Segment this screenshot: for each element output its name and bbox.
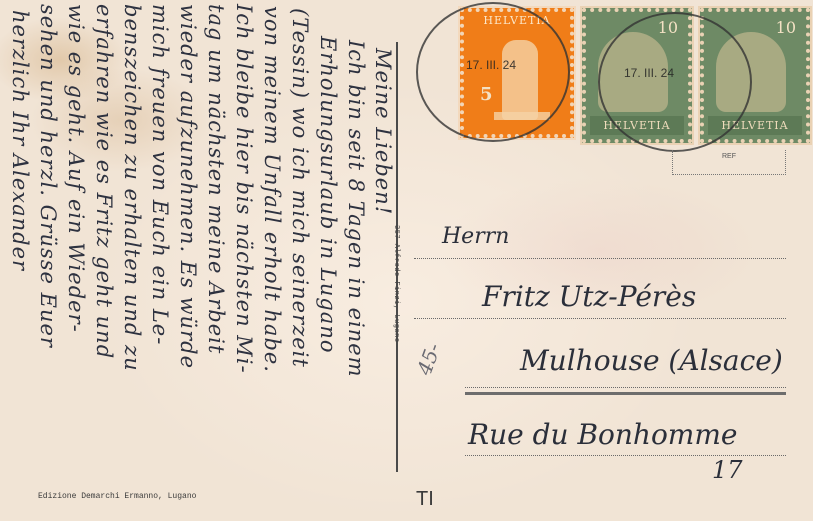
address-line-1 [414, 258, 786, 259]
postmark-date: 17. III. 24 [466, 58, 516, 72]
address-line-2 [414, 318, 786, 319]
address-city: Mulhouse (Alsace) [520, 344, 783, 377]
message-line: Meine Lieben! [371, 48, 395, 215]
ref-box: REF [672, 150, 786, 175]
stamp-value: 10 [776, 18, 796, 37]
postmark-circle [598, 12, 752, 152]
message-line: erfahren wie es Fritz geht und [92, 4, 116, 359]
message-line: von meinem Unfall erholt habe. [260, 6, 284, 373]
message-area: Meine Lieben! Ich bin seit 8 Tagen in ei… [0, 0, 410, 521]
message-line: sehen und herzl. Grüsse Euer [36, 4, 60, 348]
postmark-circle [416, 2, 570, 142]
address-number: 17 [712, 456, 743, 484]
postcard-back: Meine Lieben! Ich bin seit 8 Tagen in ei… [0, 0, 813, 521]
address-line-3 [465, 387, 786, 388]
message-line: herzlich Ihr Alexander [8, 10, 32, 271]
publisher-credit: Edizione Demarchi Ermanno, Lugano [38, 492, 196, 501]
address-street: Rue du Bonhomme [468, 418, 737, 451]
message-line: (Tessin) wo ich mich seinerzeit [288, 8, 312, 368]
message-line: mich freuen von Euch ein Le- [148, 4, 172, 345]
pencil-note-price: 45- [412, 340, 446, 378]
message-line: Ich bleibe hier bis nächsten Mi- [232, 4, 256, 374]
address-underline [465, 392, 786, 395]
printer-credit: 357 Alfredo Finzi, Lugano [392, 225, 400, 343]
ref-label: REF [673, 153, 785, 160]
message-line: Ich bin seit 8 Tagen in einem [344, 40, 368, 378]
pencil-note-region: TI [416, 488, 434, 511]
address-title: Herrn [442, 224, 509, 249]
message-line: wieder aufzunehmen. Es würde [176, 4, 200, 369]
message-line: Erholungsurlaub in Lugano [316, 36, 340, 353]
message-line: benszeichen zu erhalten und zu [120, 4, 144, 372]
message-line: tag um nächsten meine Arbeit [204, 4, 228, 354]
address-name: Fritz Utz-Pérès [482, 280, 696, 313]
postmark-date: 17. III. 24 [624, 66, 674, 80]
message-line: wie es geht. Auf ein Wieder- [64, 4, 88, 333]
